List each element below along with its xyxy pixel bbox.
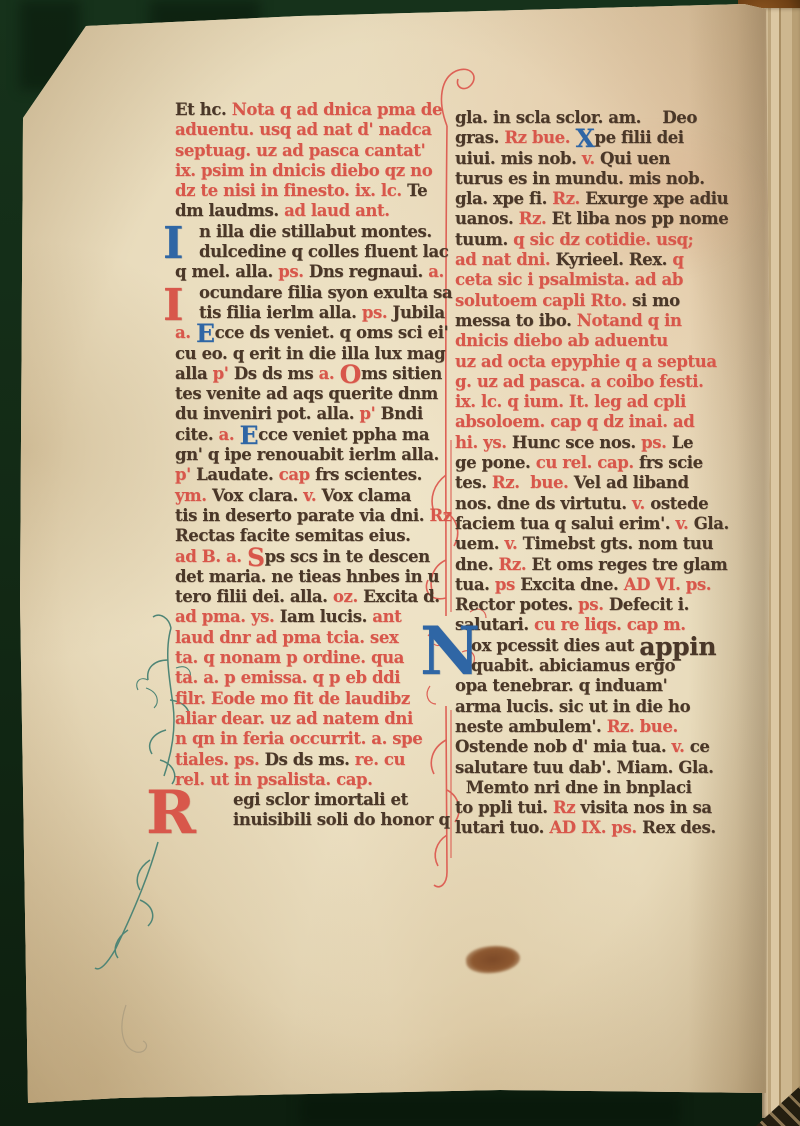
text-segment-rd: ad pma. ys. xyxy=(175,607,280,626)
text-line: ta. a. p emissa. q p eb ddi xyxy=(175,668,457,688)
text-segment-bk: tis in deserto parate via dni. xyxy=(175,506,429,525)
text-segment-bk: Ostende nob d' mia tua. xyxy=(455,737,672,756)
text-segment-rd: ad B. a. xyxy=(175,547,247,566)
text-segment-rd: n qn in feria occurrit. a. spe xyxy=(175,729,422,748)
text-segment-bk: cce ds veniet. q oms sci ei' xyxy=(215,323,449,342)
text-segment-bk: Qui uen xyxy=(600,149,670,168)
text-segment-bk: ocundare filia syon exulta sa xyxy=(199,283,452,302)
text-segment-rd: Rz xyxy=(553,798,581,817)
text-segment-bk: ce xyxy=(690,737,710,756)
text-segment-bk: Excita d. xyxy=(363,587,439,606)
text-segment-rd: v. xyxy=(303,486,321,505)
text-line: messa to ibo. Notand q in xyxy=(455,311,743,331)
text-line: tua. ps Excita dne. AD VI. ps. xyxy=(455,575,743,595)
text-line: dm laudms. ad laud ant. xyxy=(175,201,457,221)
text-segment-rd: ad laud ant. xyxy=(284,201,389,220)
text-segment-bk: tuum. xyxy=(455,230,513,249)
text-segment-rd: ix. psim in dnicis diebo qz no xyxy=(175,161,432,180)
text-line: alla p' Ds ds ms a. Oms sitien xyxy=(175,364,457,384)
text-segment-bk: Dns regnaui. xyxy=(309,262,428,281)
text-line: nos. dne ds virtutu. v. ostede xyxy=(455,494,743,514)
text-line: ix. psim in dnicis diebo qz no xyxy=(175,161,457,181)
text-segment-rd: ps. xyxy=(278,262,309,281)
text-line: faciem tua q salui erim'. v. Gla. xyxy=(455,514,743,534)
text-segment-bk: Gla. xyxy=(694,514,729,533)
text-segment-bk: messa to ibo. xyxy=(455,311,577,330)
text-segment-rd: v. xyxy=(504,534,522,553)
text-line: uz ad octa epyphie q a septua xyxy=(455,352,743,372)
text-line: solutoem capli Rto. si mo xyxy=(455,291,743,311)
text-line: Rectas facite semitas eius. xyxy=(175,526,457,546)
text-line: Memto nri dne in bnplaci xyxy=(455,778,743,798)
text-segment-bk: gla. xpe fi. xyxy=(455,189,552,208)
text-segment-rd: p' xyxy=(359,404,380,423)
text-segment-bk: inuisibili soli do honor q xyxy=(233,810,450,829)
text-segment-bk: Defecit i. xyxy=(609,595,689,614)
text-segment-rd: p' xyxy=(213,364,234,383)
text-segment-bk: tua. xyxy=(455,575,495,594)
faint-doodle xyxy=(122,1005,147,1052)
text-line: ge pone. cu rel. cap. frs scie xyxy=(455,453,743,473)
text-line: septuag. uz ad pasca cantat' xyxy=(175,141,457,161)
text-segment-rd: aduentu. usq ad nat d' nadca xyxy=(175,120,432,139)
text-segment-rd: q sic dz cotidie. usq; xyxy=(513,230,693,249)
illuminated-initial-nox: N xyxy=(420,622,480,681)
right-text-column: gla. in scla sclor. am. Deogras. Rz bue.… xyxy=(455,108,743,839)
text-segment-rd: oz. xyxy=(333,587,363,606)
text-segment-rd: ad nat dni. xyxy=(455,250,556,269)
text-segment-bk: ps scs in te descen xyxy=(265,547,430,566)
text-segment-bk: frs scientes. xyxy=(315,465,422,484)
text-line: g. uz ad pasca. a coibo festi. xyxy=(455,372,743,392)
text-segment-bk: gn' q ipe renouabit ierlm alla. xyxy=(175,445,439,464)
text-line: tes venite ad aqs querite dnm xyxy=(175,384,457,404)
text-line: ad pma. ys. Iam lucis. ant xyxy=(175,607,457,627)
illuminated-initial-in-illa: I xyxy=(163,224,184,264)
text-line: inuisibili soli do honor q xyxy=(175,810,457,830)
text-line: tero filii dei. alla. oz. Excita d. xyxy=(175,587,457,607)
text-segment-bk: uem. xyxy=(455,534,504,553)
text-segment-rd: AD IX. ps. xyxy=(549,818,642,837)
text-segment-bk: cite. xyxy=(175,425,219,444)
text-segment-bk: tero filii dei. alla. xyxy=(175,587,333,606)
text-line: turus es in mundu. mis nob. xyxy=(455,169,743,189)
text-line: aliar dear. uz ad natem dni xyxy=(175,709,457,729)
text-segment-bk: frs scie xyxy=(639,453,703,472)
text-segment-rd: cu rel. cap. xyxy=(536,453,639,472)
text-segment-rd: Nota q ad dnica pma de xyxy=(232,100,442,119)
text-segment-bk: visita nos in sa xyxy=(581,798,712,817)
text-line: hi. ys. Hunc sce nos. ps. Le xyxy=(455,433,743,453)
text-segment-bk: neste ambulem'. xyxy=(455,717,607,736)
text-segment-rd: p' xyxy=(175,465,196,484)
text-segment-bk: Hunc sce nos. xyxy=(512,433,641,452)
text-segment-bk: ge pone. xyxy=(455,453,536,472)
text-line: ym. Vox clara. v. Vox clama xyxy=(175,486,457,506)
text-segment-bk: Memto nri dne in bnplaci xyxy=(455,778,692,797)
text-segment-rd: Rz bue. xyxy=(504,128,575,147)
text-segment-rd: filr. Eode mo fit de laudibz xyxy=(175,689,410,708)
text-line: ad nat dni. Kyrieel. Rex. q xyxy=(455,250,743,270)
text-segment-bk: det maria. ne tieas hnbes in u xyxy=(175,567,439,586)
text-line: gla. in scla sclor. am. Deo xyxy=(455,108,743,128)
text-segment-bk: tes venite ad aqs querite dnm xyxy=(175,384,438,403)
text-segment-rd: v. xyxy=(582,149,600,168)
text-line: du inveniri pot. alla. p' Bndi xyxy=(175,404,457,424)
illuminated-initial-iocundare: I xyxy=(163,286,184,326)
text-line: dne. Rz. Et oms reges tre glam xyxy=(455,555,743,575)
text-line: ad B. a. Sps scs in te descen xyxy=(175,547,457,567)
text-segment-bk: Vel ad liband xyxy=(574,473,689,492)
text-line: to ppli tui. Rz visita nos in sa xyxy=(455,798,743,818)
text-segment-rd: a. xyxy=(319,364,340,383)
text-line: det maria. ne tieas hnbes in u xyxy=(175,567,457,587)
text-segment-rd: hi. ys. xyxy=(455,433,512,452)
text-segment-bk: nos. dne ds virtutu. xyxy=(455,494,632,513)
text-line: dulcedine q colles fluent lac xyxy=(175,242,457,262)
text-segment-bk: ox pcessit dies aut xyxy=(471,636,639,655)
text-line: dz te nisi in finesto. ix. lc. Te xyxy=(175,181,457,201)
text-segment-rd: a. xyxy=(219,425,240,444)
text-line: ocundare filia syon exulta sa xyxy=(175,283,457,303)
text-segment-bk: to ppli tui. xyxy=(455,798,553,817)
text-segment-rd: re. cu xyxy=(355,750,405,769)
text-segment-bk: Vox clama xyxy=(322,486,411,505)
text-line: ceta sic i psalmista. ad ab xyxy=(455,270,743,290)
text-line: tiales. ps. Ds ds ms. re. cu xyxy=(175,750,457,770)
parchment-page: Et hc. Nota q ad dnica pma deaduentu. us… xyxy=(0,0,800,1126)
text-segment-bk: Rex des. xyxy=(642,818,716,837)
text-line: uem. v. Timebst gts. nom tuu xyxy=(455,534,743,554)
text-segment-rd: ps. xyxy=(362,303,393,322)
text-segment-rd: Rz. xyxy=(499,555,532,574)
text-segment-rd: ta. a. p emissa. q p eb ddi xyxy=(175,668,400,687)
text-segment-bk: tis filia ierlm alla. xyxy=(199,303,362,322)
text-line: opa tenebrar. q induam' xyxy=(455,676,743,696)
text-segment-bk: cu eo. q erit in die illa lux mag xyxy=(175,344,445,363)
text-segment-bk: Bndi xyxy=(381,404,423,423)
text-line: tes. Rz. bue. Vel ad liband xyxy=(455,473,743,493)
text-segment-bk: q mel. alla. xyxy=(175,262,278,281)
text-segment-rd: Rz xyxy=(429,506,451,525)
text-segment-rd: q xyxy=(672,250,683,269)
text-segment-bk: Te xyxy=(407,181,427,200)
text-line: q mel. alla. ps. Dns regnaui. a. xyxy=(175,262,457,282)
background-shadow-band xyxy=(300,1095,680,1126)
text-line: egi sclor imortali et xyxy=(175,790,457,810)
text-segment-bk: Iam lucis. xyxy=(280,607,373,626)
text-segment-bk: faciem tua q salui erim'. xyxy=(455,514,675,533)
text-line: Et hc. Nota q ad dnica pma de xyxy=(175,100,457,120)
text-line: absoloem. cap q dz inai. ad xyxy=(455,412,743,432)
text-segment-bk: du inveniri pot. alla. xyxy=(175,404,359,423)
text-line: cite. a. Ecce veniet ppha ma xyxy=(175,425,457,445)
text-segment-bk: Et liba nos pp nome xyxy=(552,209,729,228)
text-line: filr. Eode mo fit de laudibz xyxy=(175,689,457,709)
text-segment-bk: quabit. abiciamus ergo xyxy=(471,656,675,675)
text-line: ox pcessit dies aut appin xyxy=(455,636,743,656)
text-segment-rd: ta. q nonam p ordine. qua xyxy=(175,648,404,667)
text-line: tuum. q sic dz cotidie. usq; xyxy=(455,230,743,250)
text-segment-bk: dm laudms. xyxy=(175,201,284,220)
text-segment-rd: Rz. xyxy=(519,209,552,228)
text-line: uiui. mis nob. v. Qui uen xyxy=(455,149,743,169)
text-segment-bk: Ds ds ms. xyxy=(265,750,355,769)
text-line: Rector potes. ps. Defecit i. xyxy=(455,595,743,615)
left-text-column: Et hc. Nota q ad dnica pma deaduentu. us… xyxy=(175,100,457,831)
text-segment-bk: gras. xyxy=(455,128,504,147)
text-segment-bk: tes. xyxy=(455,473,492,492)
text-segment-bk: Ds ds ms xyxy=(234,364,319,383)
text-segment-bk: Et oms reges tre glam xyxy=(532,555,728,574)
illuminated-initial-regi: R xyxy=(146,786,196,840)
photo-of-manuscript: { "palette": { "black_ink": "#4a3728", "… xyxy=(0,0,800,1126)
text-segment-bk: opa tenebrar. q induam' xyxy=(455,676,667,695)
text-segment-rd: cap xyxy=(279,465,315,484)
text-segment-rd: uz ad octa epyphie q a septua xyxy=(455,352,717,371)
text-segment-bk: egi sclor imortali et xyxy=(233,790,408,809)
text-segment-rd: v. xyxy=(672,737,690,756)
text-segment-rd: ps. xyxy=(641,433,672,452)
text-segment-rd: v. xyxy=(632,494,650,513)
text-segment-bk: Timebst gts. nom tuu xyxy=(523,534,713,553)
text-line: tis filia ierlm alla. ps. Jubila xyxy=(175,303,457,323)
text-segment-rd: septuag. uz ad pasca cantat' xyxy=(175,141,425,160)
text-line: gla. xpe fi. Rz. Exurge xpe adiu xyxy=(455,189,743,209)
text-segment-bk: pe filii dei xyxy=(594,128,683,147)
text-line: aduentu. usq ad nat d' nadca xyxy=(175,120,457,140)
text-line: laud dnr ad pma tcia. sex xyxy=(175,628,457,648)
text-line: n qn in feria occurrit. a. spe xyxy=(175,729,457,749)
text-line: Ostende nob d' mia tua. v. ce xyxy=(455,737,743,757)
text-line: uanos. Rz. Et liba nos pp nome xyxy=(455,209,743,229)
text-segment-rd: Notand q in xyxy=(577,311,682,330)
text-line: dnicis diebo ab aduentu xyxy=(455,331,743,351)
text-line: tis in deserto parate via dni. Rz xyxy=(175,506,457,526)
text-line: rel. ut in psalista. cap. xyxy=(175,770,457,790)
text-segment-rd: ym. xyxy=(175,486,212,505)
text-line: gn' q ipe renouabit ierlm alla. xyxy=(175,445,457,465)
text-segment-rd: Rz. xyxy=(552,189,585,208)
text-segment-rd: v. xyxy=(675,514,693,533)
text-line: p' Laudate. cap frs scientes. xyxy=(175,465,457,485)
text-segment-bk: Vox clara. xyxy=(212,486,303,505)
text-line: ta. q nonam p ordine. qua xyxy=(175,648,457,668)
text-segment-bk: Rectas facite semitas eius. xyxy=(175,526,410,545)
text-segment-bk: turus es in mundu. mis nob. xyxy=(455,169,705,188)
text-segment-rd: AD VI. ps. xyxy=(624,575,711,594)
text-segment-bk: uiui. mis nob. xyxy=(455,149,582,168)
text-segment-bk: Et hc. xyxy=(175,100,232,119)
text-segment-rd: absoloem. cap q dz inai. ad xyxy=(455,412,694,431)
text-segment-bk: n illa die stillabut montes. xyxy=(199,222,432,241)
text-segment-rd: g. uz ad pasca. a coibo festi. xyxy=(455,372,703,391)
text-line: salutare tuu dab'. Miam. Gla. xyxy=(455,758,743,778)
text-line: neste ambulem'. Rz. bue. xyxy=(455,717,743,737)
text-line: n illa die stillabut montes. xyxy=(175,222,457,242)
text-segment-rd: solutoem capli Rto. xyxy=(455,291,632,310)
text-segment-rd: ps xyxy=(495,575,520,594)
text-segment-rd: ant xyxy=(372,607,401,626)
text-segment-bk: ostede xyxy=(650,494,708,513)
text-segment-bk: lutari tuo. xyxy=(455,818,549,837)
text-segment-rd: tiales. ps. xyxy=(175,750,265,769)
text-segment-rd: a. xyxy=(428,262,444,281)
text-line: a. Ecce ds veniet. q oms sci ei' xyxy=(175,323,457,343)
text-segment-rd: aliar dear. uz ad natem dni xyxy=(175,709,413,728)
text-line: gras. Rz bue. Xpe filii dei xyxy=(455,128,743,148)
text-segment-bk: dne. xyxy=(455,555,499,574)
text-segment-rd: rel. ut in psalista. cap. xyxy=(175,770,372,789)
text-segment-bk: ms sitien xyxy=(361,364,442,383)
text-segment-bk: alla xyxy=(175,364,213,383)
text-segment-rd: ceta sic i psalmista. ad ab xyxy=(455,270,683,289)
text-segment-bk: si mo xyxy=(632,291,680,310)
text-segment-bk: dulcedine q colles fluent lac xyxy=(199,242,448,261)
text-segment-rd: dnicis diebo ab aduentu xyxy=(455,331,668,350)
text-segment-rd: laud dnr ad pma tcia. sex xyxy=(175,628,398,647)
text-segment-rd: dz te nisi in finesto. ix. lc. xyxy=(175,181,407,200)
text-segment-rd: ix. lc. q ium. It. leg ad cpli xyxy=(455,392,686,411)
text-segment-bk: Kyrieel. Rex. xyxy=(556,250,673,269)
text-segment-bk: salutare tuu dab'. Miam. Gla. xyxy=(455,758,714,777)
text-segment-bk: Jubila xyxy=(393,303,445,322)
text-segment-bk: Exurge xpe adiu xyxy=(585,189,728,208)
text-segment-bk: Excita dne. xyxy=(520,575,624,594)
text-line: ix. lc. q ium. It. leg ad cpli xyxy=(455,392,743,412)
text-segment-bk: uanos. xyxy=(455,209,519,228)
text-segment-rd: Rz. bue. xyxy=(607,717,678,736)
text-segment-bk: Le xyxy=(672,433,693,452)
text-line: arma lucis. sic ut in die ho xyxy=(455,697,743,717)
text-line: lutari tuo. AD IX. ps. Rex des. xyxy=(455,818,743,838)
text-segment-rd: Rz. bue. xyxy=(492,473,574,492)
text-segment-bk: cce veniet ppha ma xyxy=(258,425,429,444)
text-line: cu eo. q erit in die illa lux mag xyxy=(175,344,457,364)
text-segment-bk: Laudate. xyxy=(196,465,279,484)
text-segment-rd: ps. xyxy=(578,595,609,614)
text-segment-bk: arma lucis. sic ut in die ho xyxy=(455,697,690,716)
